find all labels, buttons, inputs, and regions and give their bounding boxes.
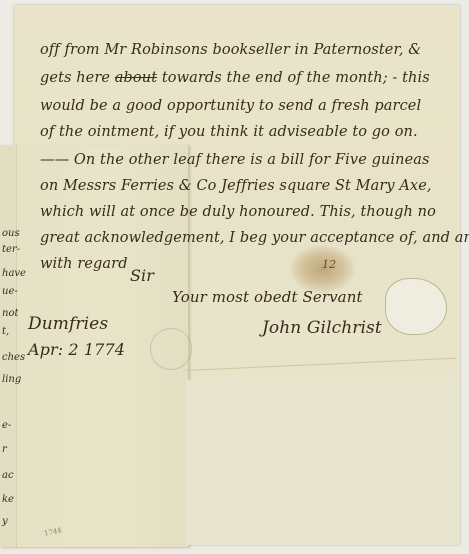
letter-line-8: great acknowledgement, I beg your accept… (40, 230, 469, 246)
torn-seal-area (385, 278, 447, 335)
letter-text: gets here (40, 70, 110, 86)
letter-line-9: with regard (40, 256, 128, 272)
edge-fragment: ke (2, 494, 14, 505)
letter-line-1: off from Mr Robinsons bookseller in Pate… (40, 42, 421, 58)
letter-line-6: on Messrs Ferries & Co Jeffries square S… (40, 178, 432, 194)
signature: John Gilchrist (262, 318, 382, 338)
place: Dumfries (28, 314, 108, 334)
letter-line-5: —— On the other leaf there is a bill for… (40, 152, 430, 168)
edge-fragment: ous (2, 228, 20, 239)
adjacent-page-edge (0, 145, 17, 547)
letter-line-4: of the ointment, if you think it advisea… (40, 124, 418, 140)
edge-fragment: ches (2, 352, 25, 363)
stain-mark: 12 (322, 258, 336, 271)
struck-word: about (115, 70, 157, 86)
edge-fragment: r (2, 444, 7, 455)
edge-fragment: not (2, 308, 18, 319)
edge-fragment: ue- (2, 286, 18, 297)
letter-text: towards the end of the month; - this (162, 70, 430, 86)
faint-postmark (150, 328, 192, 370)
edge-fragment: e- (2, 420, 11, 431)
letter-line-2: gets here about towards the end of the m… (40, 70, 430, 86)
edge-fragment: ter- (2, 244, 20, 255)
edge-fragment: y (2, 516, 8, 527)
edge-fragment: ac (2, 470, 14, 481)
letter-line-7: which will at once be duly honoured. Thi… (40, 204, 436, 220)
closing: Your most obedt Servant (172, 288, 363, 306)
date: Apr: 2 1774 (28, 340, 125, 359)
lower-blank-panel (186, 380, 460, 545)
edge-fragment: have (2, 268, 26, 279)
edge-fragment: t, (2, 326, 9, 337)
edge-fragment: ling (2, 374, 21, 385)
salutation: Sir (130, 266, 154, 285)
letter-line-3: would be a good opportunity to send a fr… (40, 98, 421, 114)
